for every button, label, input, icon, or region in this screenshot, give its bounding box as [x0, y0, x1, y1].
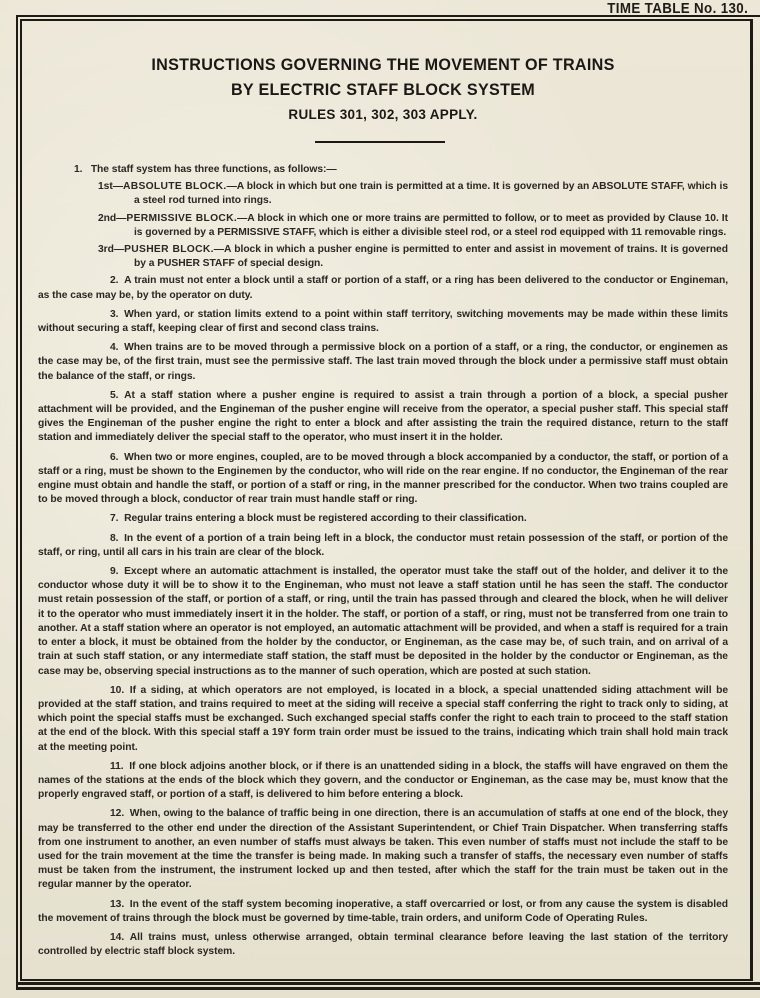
document-body: INSTRUCTIONS GOVERNING THE MOVEMENT OF T…: [38, 52, 728, 964]
rule-1: 1. The staff system has three functions,…: [38, 163, 728, 177]
rule-text: A train must not enter a block until a s…: [38, 275, 728, 300]
rule-number: 1.: [74, 163, 88, 177]
rule-paragraph: 2. A train must not enter a block until …: [38, 274, 728, 302]
rule-number: 8.: [74, 532, 124, 546]
rule-number: 6.: [74, 451, 124, 465]
rule-text: Except where an automatic attachment is …: [38, 566, 728, 676]
staff-function-item: 1st—ABSOLUTE BLOCK.—A block in which but…: [38, 180, 728, 208]
rule-text: All trains must, unless otherwise arrang…: [38, 932, 728, 957]
title-line-2: BY ELECTRIC STAFF BLOCK SYSTEM: [55, 77, 711, 102]
rule-number: 14.: [74, 931, 130, 945]
numbered-rules: 2. A train must not enter a block until …: [38, 274, 728, 959]
rule-text: If a siding, at which operators are not …: [38, 685, 728, 753]
rule-number: 11.: [74, 760, 129, 774]
rule-number: 2.: [74, 274, 124, 288]
rule-paragraph: 14. All trains must, unless otherwise ar…: [38, 931, 728, 959]
function-text: —A block in which a pusher engine is per…: [134, 244, 728, 269]
rule-text: When, owing to the balance of traffic be…: [38, 808, 728, 890]
rule-number: 4.: [74, 341, 124, 355]
document-title: INSTRUCTIONS GOVERNING THE MOVEMENT OF T…: [38, 52, 728, 143]
function-heading: PUSHER BLOCK.: [124, 244, 214, 255]
bottom-rule: [16, 982, 760, 985]
rule-text: At a staff station where a pusher engine…: [38, 390, 728, 444]
rule-paragraph: 10. If a siding, at which operators are …: [38, 684, 728, 755]
staff-functions-list: 1st—ABSOLUTE BLOCK.—A block in which but…: [38, 180, 728, 271]
function-ordinal: 3rd—: [98, 244, 124, 255]
rule-paragraph: 12. When, owing to the balance of traffi…: [38, 807, 728, 892]
function-heading: PERMISSIVE BLOCK.: [126, 213, 237, 224]
rule-number: 13.: [74, 898, 130, 912]
rule-number: 12.: [74, 807, 130, 821]
staff-function-item: 2nd—PERMISSIVE BLOCK.—A block in which o…: [38, 212, 728, 240]
rule-text: In the event of a portion of a train bei…: [38, 533, 728, 558]
rule-text: When two or more engines, coupled, are t…: [38, 452, 728, 506]
function-ordinal: 1st—: [98, 181, 123, 192]
staff-function-item: 3rd—PUSHER BLOCK.—A block in which a pus…: [38, 243, 728, 271]
function-ordinal: 2nd—: [98, 213, 126, 224]
function-heading: ABSOLUTE BLOCK.: [123, 181, 227, 192]
rule-text: If one block adjoins another block, or i…: [38, 761, 728, 800]
rule-number: 3.: [74, 308, 124, 322]
rule-paragraph: 13. In the event of the staff system bec…: [38, 898, 728, 926]
rule-number: 9.: [74, 565, 124, 579]
rule-number: 10.: [74, 684, 130, 698]
rule-number: 7.: [74, 512, 124, 526]
rule-number: 5.: [74, 389, 124, 403]
rule-paragraph: 11. If one block adjoins another block, …: [38, 760, 728, 803]
title-line-1: INSTRUCTIONS GOVERNING THE MOVEMENT OF T…: [55, 52, 711, 77]
rule-paragraph: 9. Except where an automatic attachment …: [38, 565, 728, 679]
rule-text: When yard, or station limits extend to a…: [38, 309, 728, 334]
rule-paragraph: 7. Regular trains entering a block must …: [38, 512, 728, 526]
rule-text: When trains are to be moved through a pe…: [38, 342, 728, 381]
rule-paragraph: 8. In the event of a portion of a train …: [38, 532, 728, 560]
rule-paragraph: 6. When two or more engines, coupled, ar…: [38, 451, 728, 508]
rules-list: 1. The staff system has three functions,…: [38, 163, 728, 959]
rule-paragraph: 3. When yard, or station limits extend t…: [38, 308, 728, 336]
rule-text: In the event of the staff system becomin…: [38, 899, 728, 924]
title-rules-apply: RULES 301, 302, 303 APPLY.: [38, 105, 728, 125]
title-divider: [315, 141, 445, 143]
rule-paragraph: 5. At a staff station where a pusher eng…: [38, 389, 728, 446]
rule-1-intro: The staff system has three functions, as…: [91, 164, 337, 175]
rule-text: Regular trains entering a block must be …: [124, 513, 527, 524]
rule-paragraph: 4. When trains are to be moved through a…: [38, 341, 728, 384]
